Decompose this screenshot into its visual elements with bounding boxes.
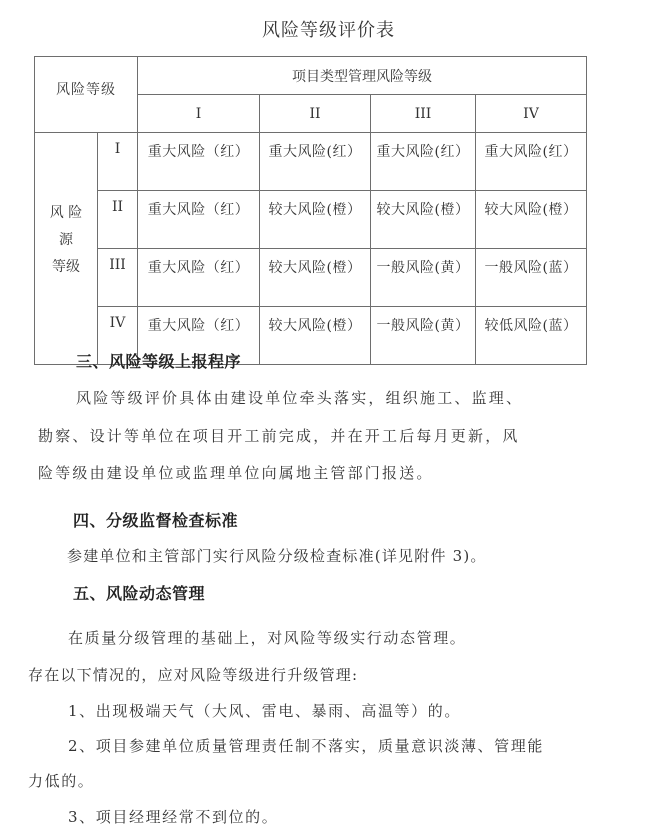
corner-header-cell: 风险等级 [35, 57, 138, 133]
row-group-header: 风 险 源 等级 [35, 133, 98, 365]
risk-cell: 一般风险(黄） [371, 307, 476, 365]
row-group-label-line: 等级 [35, 254, 97, 281]
section-heading-reporting-procedure: 三、风险等级上报程序 [76, 349, 241, 372]
row-group-label-line: 风 险 [35, 200, 97, 227]
row-level-header: III [98, 249, 138, 307]
section-heading-inspection-standard: 四、分级监督检查标准 [73, 508, 238, 531]
risk-cell: 较大风险(橙） [260, 191, 371, 249]
risk-cell: 一般风险(蓝） [476, 249, 587, 307]
table-row: 风 险 源 等级 I 重大风险（红） 重大风险(红） 重大风险(红） 重大风险(… [35, 133, 587, 191]
list-item-continuation: 力低的。 [28, 770, 94, 791]
paragraph-line: 险等级由建设单位或监理单位向属地主管部门报送。 [38, 462, 434, 483]
table-header-row: 风险等级 项目类型管理风险等级 [35, 57, 587, 95]
paragraph-line: 风险等级评价具体由建设单位牵头落实，组织施工、监理、 [76, 387, 523, 408]
risk-cell: 重大风险(红） [260, 133, 371, 191]
paragraph-line: 存在以下情况的，应对风险等级进行升级管理: [28, 664, 358, 685]
section-heading-dynamic-management: 五、风险动态管理 [73, 581, 205, 604]
risk-cell: 一般风险(黄） [371, 249, 476, 307]
table-row: III 重大风险（红） 较大风险(橙） 一般风险(黄） 一般风险(蓝） [35, 249, 587, 307]
column-level-header: III [371, 95, 476, 133]
risk-cell: 较大风险(橙） [260, 307, 371, 365]
row-group-label-line: 源 [35, 227, 97, 254]
table-row: II 重大风险（红） 较大风险(橙） 较大风险(橙） 较大风险(橙） [35, 191, 587, 249]
column-level-header: I [138, 95, 260, 133]
list-item: 3、项目经理经常不到位的。 [68, 806, 278, 827]
risk-cell: 重大风险(红） [371, 133, 476, 191]
risk-cell: 重大风险（红） [138, 133, 260, 191]
paragraph-line: 在质量分级管理的基础上，对风险等级实行动态管理。 [68, 627, 466, 648]
risk-cell: 重大风险(红） [476, 133, 587, 191]
paragraph-line: 勘察、设计等单位在项目开工前完成，并在开工后每月更新，风 [38, 425, 520, 446]
risk-cell: 较大风险(橙） [371, 191, 476, 249]
risk-cell: 较低风险(蓝） [476, 307, 587, 365]
list-item: 2、项目参建单位质量管理责任制不落实，质量意识淡薄、管理能 [68, 735, 544, 756]
risk-cell: 重大风险（红） [138, 249, 260, 307]
risk-cell: 较大风险(橙） [476, 191, 587, 249]
column-level-header: IV [476, 95, 587, 133]
risk-cell: 较大风险(橙） [260, 249, 371, 307]
column-level-header: II [260, 95, 371, 133]
list-item: 1、出现极端天气（大风、雷电、暴雨、高温等）的。 [68, 700, 461, 721]
corner-label: 风险等级 [56, 82, 116, 98]
row-level-header: II [98, 191, 138, 249]
row-level-header: I [98, 133, 138, 191]
risk-cell: 重大风险（红） [138, 191, 260, 249]
risk-level-evaluation-table: 风险等级 项目类型管理风险等级 I II III IV 风 险 源 等级 I 重… [34, 56, 587, 365]
paragraph-line: 参建单位和主管部门实行风险分级检查标准(详见附件 3)。 [67, 545, 487, 566]
table-title: 风险等级评价表 [0, 16, 657, 42]
column-group-header: 项目类型管理风险等级 [138, 57, 587, 95]
